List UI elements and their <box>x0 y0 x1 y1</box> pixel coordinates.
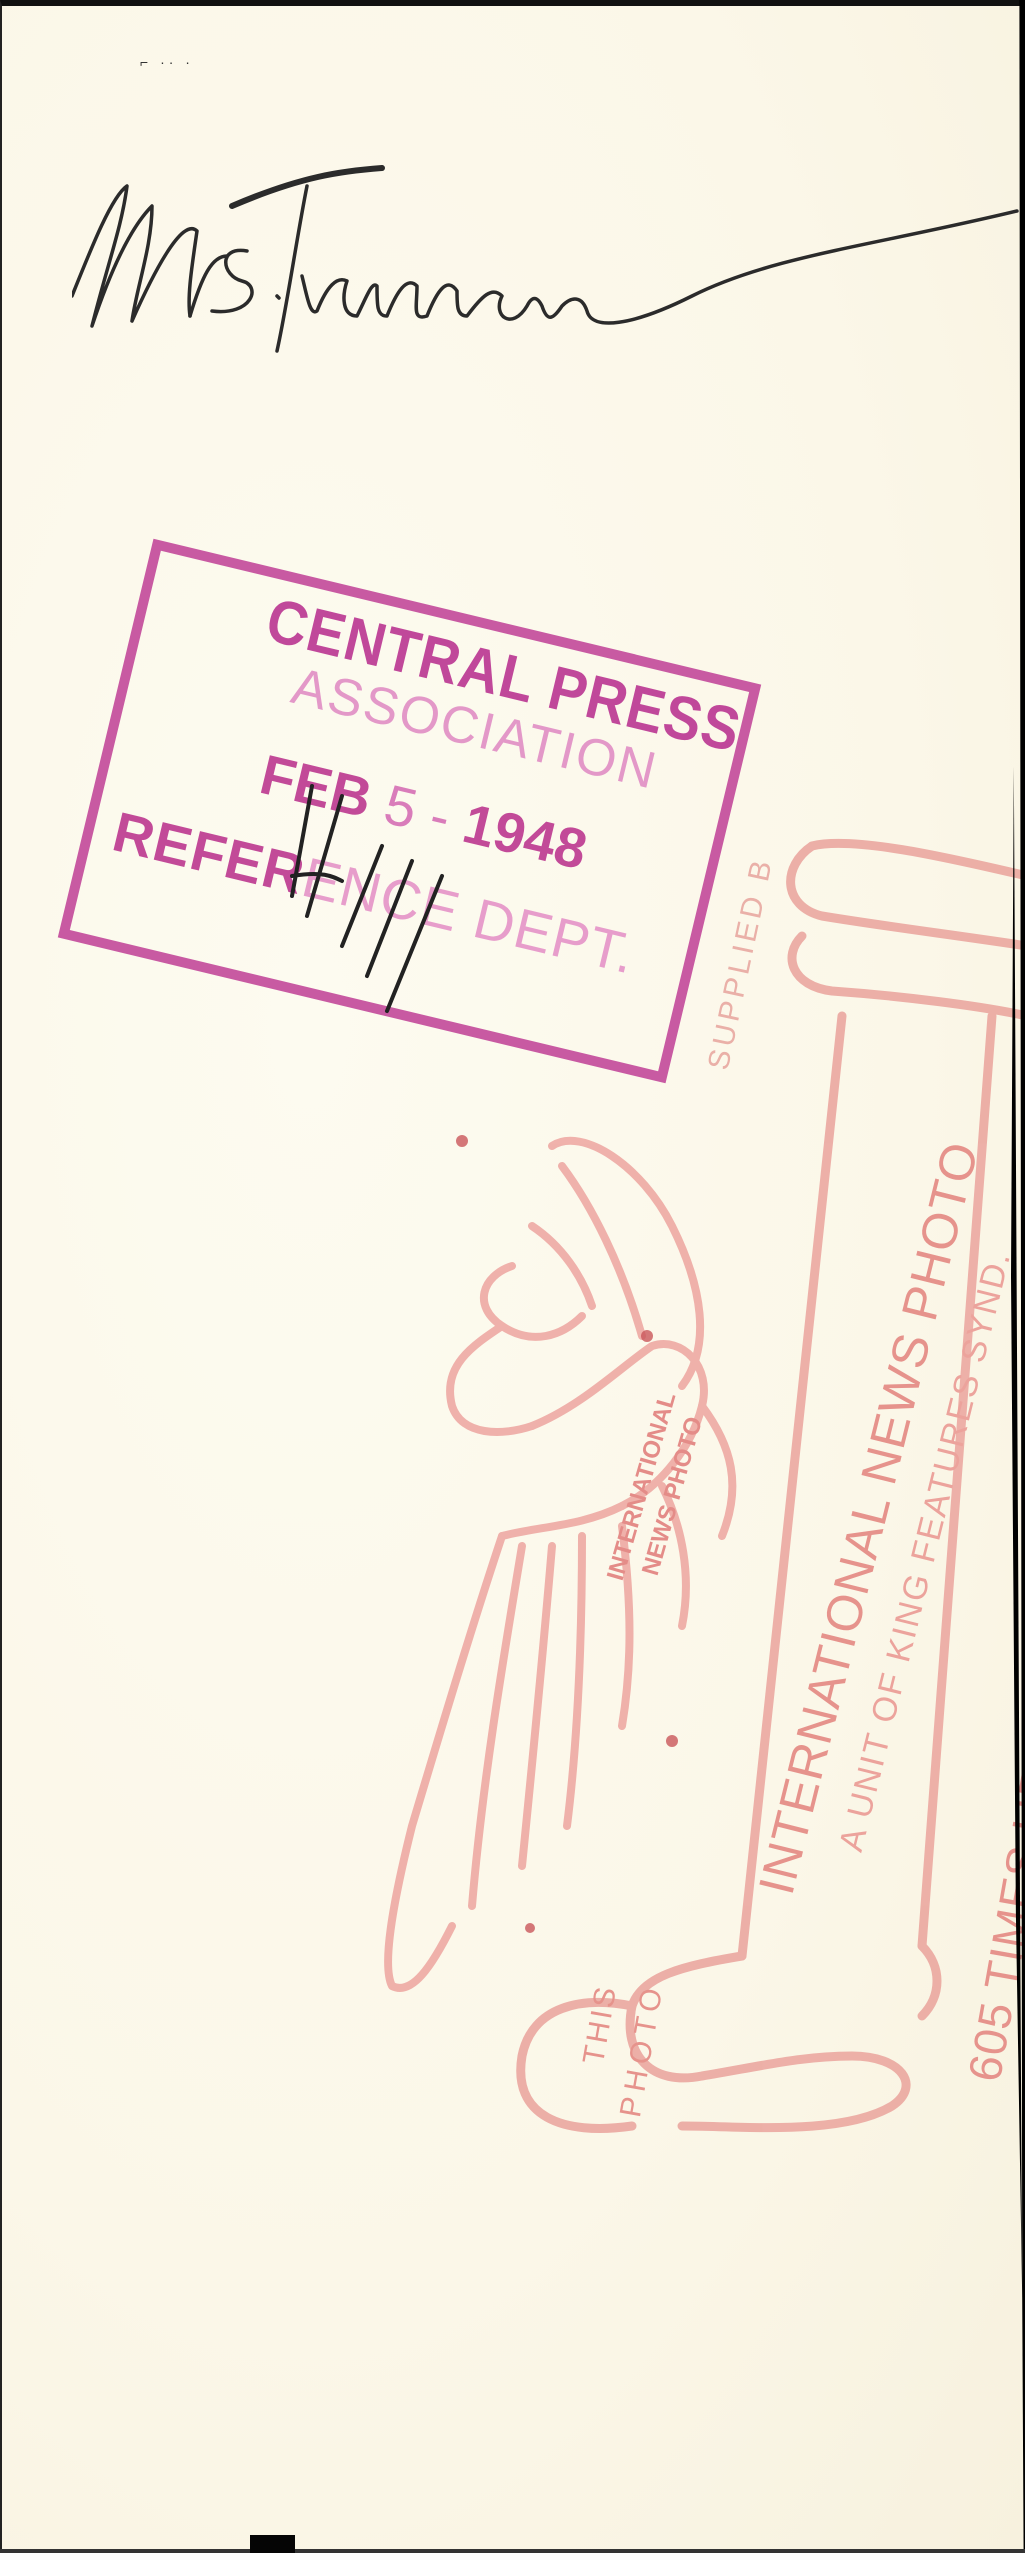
eagle-emblem-icon <box>382 1106 762 2106</box>
scan-bottom-tab <box>250 2535 295 2553</box>
handwritten-caption: Mrs. Truman <box>72 156 1022 386</box>
signature-script-icon <box>72 156 1022 386</box>
scan-bottom-edge <box>0 2549 1025 2553</box>
pencil-specks: ⌐ ·· · <box>140 54 194 70</box>
photo-back-paper: ⌐ ·· · Mrs. Truman CENTRAL PRESS <box>0 0 1025 2553</box>
